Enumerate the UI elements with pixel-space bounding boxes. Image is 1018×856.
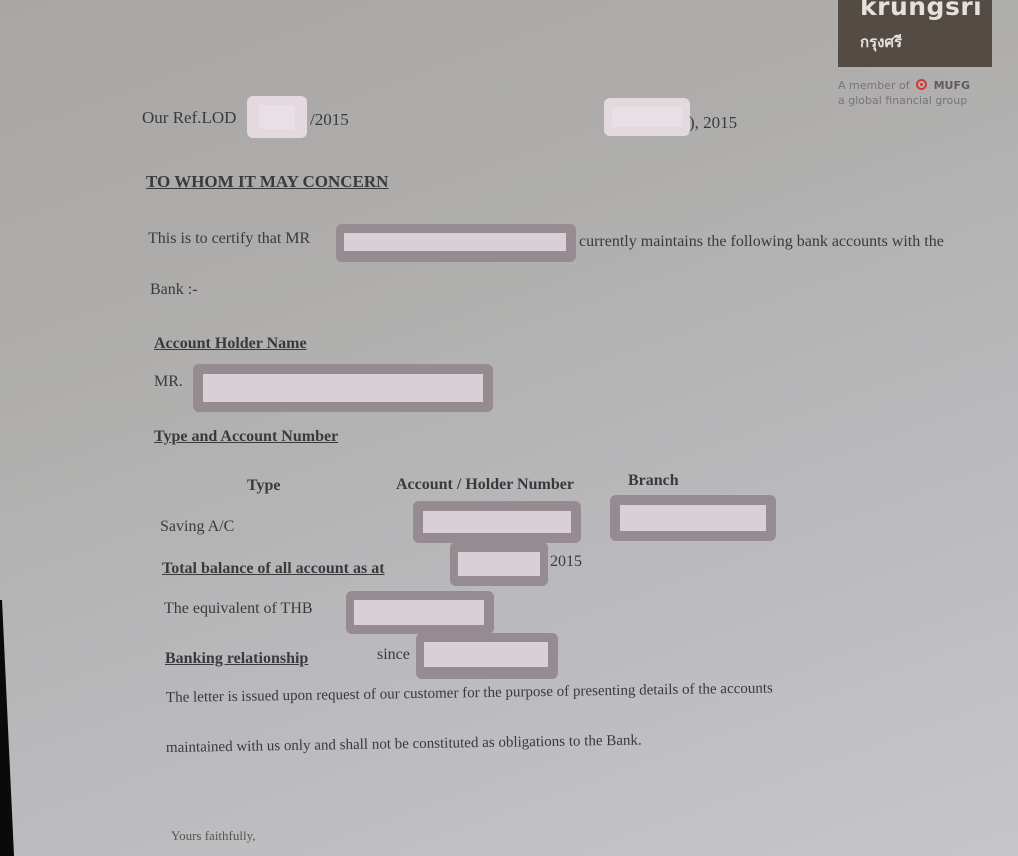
group-membership: A member of MUFG a global financial grou… <box>838 78 970 108</box>
intro-text-end: currently maintains the following bank a… <box>579 233 944 251</box>
redacted-balance-date <box>450 542 548 586</box>
logo-brand-text: krungsri <box>860 0 982 21</box>
page-edge-shadow <box>0 600 14 856</box>
disclaimer-line-2: maintained with us only and shall not be… <box>166 733 642 757</box>
relationship-label: Banking relationship <box>165 650 308 668</box>
reference-prefix: Our Ref.LOD <box>142 108 236 128</box>
redacted-holder-name <box>193 364 493 412</box>
equivalent-label: The equivalent of THB <box>164 600 313 618</box>
redacted-date <box>604 98 690 136</box>
reference-suffix: /2015 <box>310 110 349 130</box>
holder-title: MR. <box>154 373 183 391</box>
balance-year: 2015 <box>550 553 582 571</box>
redacted-balance-amount <box>346 591 494 634</box>
intro-text-start: This is to certify that MR <box>148 230 310 248</box>
column-branch: Branch <box>628 472 679 490</box>
redacted-customer-name <box>336 224 576 262</box>
logo-brand-thai: กรุงศรี <box>860 30 902 54</box>
column-account-number: Account / Holder Number <box>396 476 574 494</box>
account-holder-heading: Account Holder Name <box>154 335 307 353</box>
accounts-heading: Type and Account Number <box>154 428 338 446</box>
redacted-account-number <box>413 501 581 543</box>
redacted-relationship-date <box>416 633 558 679</box>
column-type: Type <box>247 477 280 495</box>
date-suffix: ), 2015 <box>689 113 737 133</box>
redacted-branch <box>610 495 776 541</box>
letter-heading: TO WHOM IT MAY CONCERN <box>146 172 388 192</box>
closing-salutation: Yours faithfully, <box>171 828 256 844</box>
disclaimer-line-1: The letter is issued upon request of our… <box>166 680 773 707</box>
member-of-label: A member of <box>838 79 910 92</box>
balance-label: Total balance of all account as at <box>162 560 385 578</box>
redacted-reference <box>247 96 307 138</box>
intro-line-bank: Bank :- <box>150 281 198 299</box>
mufg-label: MUFG <box>934 79 970 92</box>
group-tagline: a global financial group <box>838 93 970 108</box>
mufg-logo-icon <box>916 79 927 90</box>
account-type-cell: Saving A/C <box>160 518 234 536</box>
krungsri-logo: krungsri กรุงศรี <box>838 0 992 67</box>
relationship-since: since <box>377 646 410 664</box>
